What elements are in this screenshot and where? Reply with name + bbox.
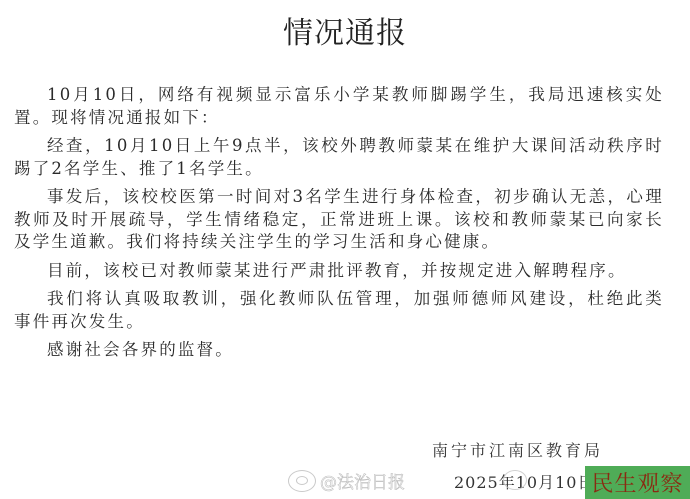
weibo-icon bbox=[288, 470, 316, 492]
paragraph-intro: 10月10日，网络有视频显示富乐小学某教师脚踢学生，我局迅速核实处置。现将情况通… bbox=[14, 84, 664, 129]
issuer-signature: 南宁市江南区教育局 bbox=[432, 438, 603, 461]
paragraph-thanks: 感谢社会各界的监督。 bbox=[14, 339, 664, 362]
document-body: 10月10日，网络有视频显示富乐小学某教师脚踢学生，我局迅速核实处置。现将情况通… bbox=[14, 84, 664, 368]
document-title: 情况通报 bbox=[0, 8, 690, 52]
weibo-icon bbox=[503, 470, 527, 490]
paragraph-findings: 经查，10月10日上午9点半，该校外聘教师蒙某在维护大课间活动秩序时踢了2名学生… bbox=[14, 135, 664, 180]
paragraph-current-action: 目前，该校已对教师蒙某进行严肃批评教育，并按规定进入解聘程序。 bbox=[14, 260, 664, 283]
watermark: @法治日报 bbox=[288, 468, 405, 493]
brand-badge: 民生观察 bbox=[585, 466, 690, 499]
watermark-text: @法治日报 bbox=[320, 468, 405, 493]
paragraph-commitment: 我们将认真吸取教训，强化教师队伍管理，加强师德师风建设，杜绝此类事件再次发生。 bbox=[14, 288, 664, 333]
paragraph-aftermath: 事发后，该校校医第一时间对3名学生进行身体检查，初步确认无恙，心理教师及时开展疏… bbox=[14, 186, 664, 254]
